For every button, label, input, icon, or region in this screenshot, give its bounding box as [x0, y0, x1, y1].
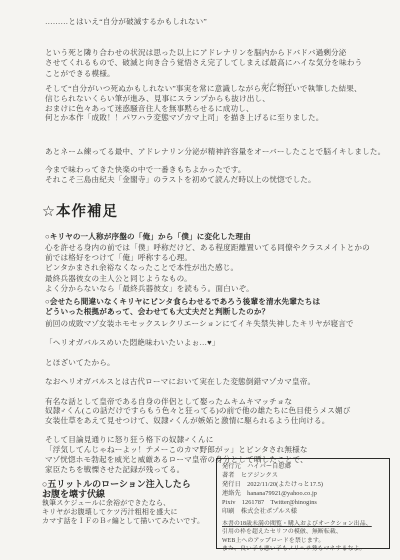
intro-paragraph-mishima: 今まで味わってきた快楽の中で一番きもちよかったです。 それこそ三島由紀夫「金閣寺…: [45, 165, 316, 184]
section-heading-supplement: ☆本作補足: [42, 200, 118, 221]
intro-paragraph-writing: そして“自分がいつ死ぬかもしれない”事実を常に意識しながらライティングハイ死に物…: [45, 84, 380, 123]
paragraph-text-before-ruby: そして“自分がいつ死ぬかもしれない”事実を常に意識しながら: [45, 84, 261, 93]
note-item3-body: 執筆スケジュールに余裕ができたなら、 キリヤがお腹壊してケツ汚汁粗相を盛大に カ…: [42, 499, 204, 525]
intro-paragraph-adrenaline: という死と隣り合わせの状況は思った以上にアドレナリンを脳内からドバドバ過剰分泌 …: [45, 48, 362, 79]
colophon-notice: 本書の18歳未満の閲覧・購入およびオークション出品、 引用の枠を超えたセリフの模…: [222, 520, 384, 554]
colophon-box: 発行元 ハイパー自慰郷 著者 ヒアジンクス 発行日 2022/11/20(よたけ…: [216, 458, 390, 549]
ruby-base: ライティングハイ死に物狂い: [261, 84, 300, 93]
note-item3-title: ○五リットルのローション注入したら お腹を壊す伏線: [42, 479, 191, 499]
colophon-notice-rest: 引用の枠を超えたセリフの模倣、無断転載、 WEB上へのアップロードを禁じます。 …: [222, 529, 365, 552]
note-item1-body: 心を許せる身内の前では「僕」呼称だけど、ある程度距離置いてる同僚やクラスメイトと…: [45, 243, 370, 294]
colophon-notice-restriction-line: 本書の18歳未満の閲覧・購入およびオークション出品、: [222, 521, 372, 527]
note-item2-body: 前回の成敗マゾ女装ホモセックスレクリエーションにてイキ失禁失神したキリヤが寝言で…: [45, 319, 354, 474]
ruby-annotation: ライティングハイ: [262, 80, 293, 90]
afterword-page: ………とはいえ“自分が破滅するかもしれない” という死と隣り合わせの状況は思った…: [0, 0, 400, 560]
intro-opening-line: ………とはいえ“自分が破滅するかもしれない”: [45, 17, 207, 27]
note-item1-title: ○キリヤの一人称が序盤の「俺」から「僕」に変化した理由: [45, 232, 251, 242]
note-item2-title: ○会せたら間違いなくキリヤにビンタ食らわせるであろう後輩を清水先輩たちは どうい…: [45, 297, 320, 318]
colophon-publication-info: 発行元 ハイパー自慰郷 著者 ヒアジンクス 発行日 2022/11/20(よたけ…: [222, 462, 384, 516]
intro-paragraph-brain: あとネーム練ってる最中、アドレナリン分泌が精神許容量をオーバーしたことで脳イキし…: [45, 147, 385, 157]
